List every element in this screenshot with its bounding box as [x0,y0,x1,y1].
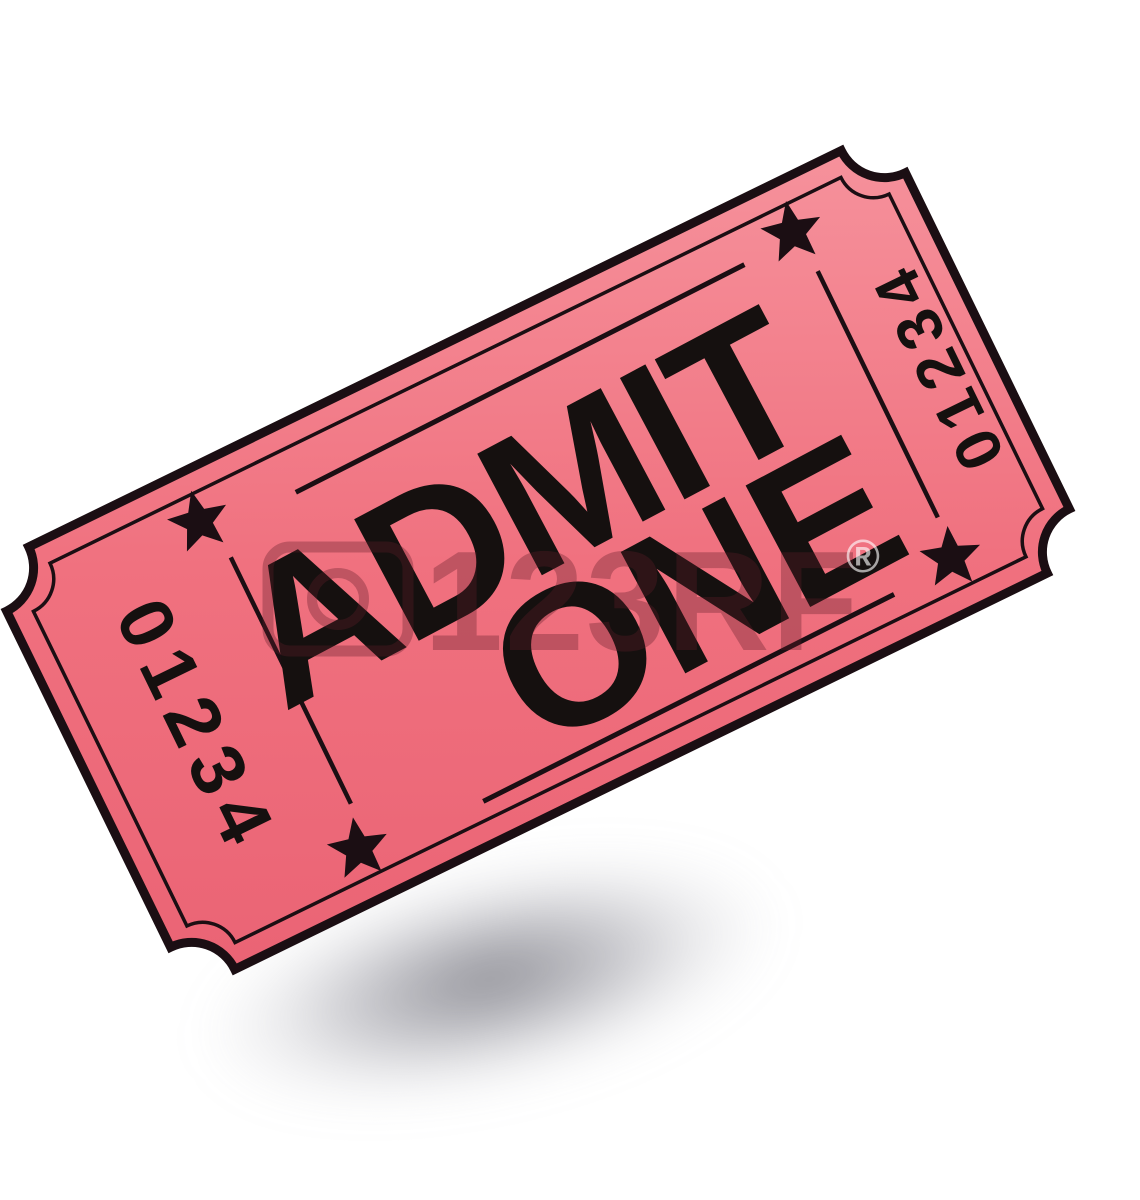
clipart-canvas: 01234 01234 ADMIT ONE 123RF ® [0,0,1140,1200]
